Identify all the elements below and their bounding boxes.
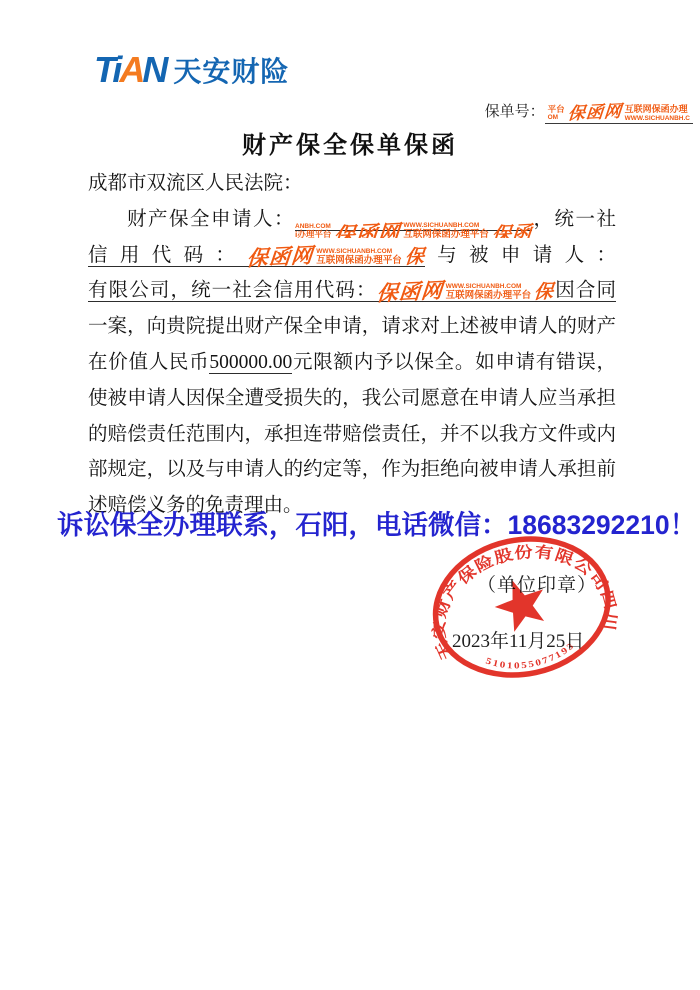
body-line: 部规定，以及与申请人的约定等，作为拒绝向被申请人承担前 bbox=[88, 452, 616, 488]
body-line: 在价值人民币500000.00元限额内予以保全。如申请有错误，致 bbox=[88, 345, 616, 381]
policy-number-watermark: 平台OM保函网互联网保函办理WWW.SICHUANBH.C bbox=[548, 96, 690, 113]
underlined-field: 保函网WWW.SICHUANBH.COM互联网保函办理平台保 bbox=[247, 245, 425, 267]
watermark-caption: 互联网保函办理 bbox=[625, 104, 690, 115]
redaction-watermark: 保函网WWW.SICHUANBH.COM互联网保函办理平台保 bbox=[247, 247, 425, 267]
policy-number-field: 平台OM保函网互联网保函办理WWW.SICHUANBH.C bbox=[545, 96, 693, 124]
watermark-brush-logo: 保函网 bbox=[333, 223, 401, 238]
document-title: 财产保全保单保函 bbox=[0, 125, 700, 160]
redaction-watermark: 平台OM保函网互联网保函办理WWW.SICHUANBH.C bbox=[548, 104, 690, 122]
underlined-field: 信用代码： bbox=[88, 245, 247, 267]
body-line: 成都市双流区人民法院： bbox=[88, 166, 616, 202]
body-text: 使被申请人因保全遭受损失的，我公司愿意在申请人应当承担 bbox=[88, 388, 616, 409]
body-text: 财产保全申请人： bbox=[127, 209, 295, 230]
tianan-logo: TiAN 天安财险 bbox=[94, 50, 289, 90]
body-text: 在价值人民币 bbox=[88, 352, 209, 373]
watermark-caption: 互联网保函办理平台 bbox=[316, 255, 402, 266]
watermark-brush-logo: 保函网 bbox=[567, 104, 623, 123]
watermark-caption: 互联网保函办理平台 bbox=[446, 290, 532, 301]
watermark-text-stack: WWW.SICHUANBH.COM互联网保函办理平台 bbox=[316, 248, 402, 266]
logo-letter-a: A bbox=[119, 49, 142, 90]
watermark-caption: WWW.SICHUANBH.COM bbox=[403, 222, 489, 229]
underlined-field: 保函网WWW.SICHUANBH.COM互联网保函办理平台保 bbox=[377, 280, 555, 302]
body-text: 500000.00 bbox=[209, 352, 292, 373]
body-line: 有限公司，统一社会信用代码：保函网WWW.SICHUANBH.COM互联网保函办… bbox=[88, 273, 616, 309]
body-line: 的赔偿责任范围内，承担连带赔偿责任，并不以我方文件或内 bbox=[88, 417, 616, 453]
body-text: 与被申请人： bbox=[425, 245, 616, 266]
logo-letter-n: N bbox=[142, 49, 165, 90]
body-text: 一案，向贵院提出财产保全申请，请求对上述被申请人的财产 bbox=[88, 316, 616, 337]
document-body: 成都市双流区人民法院：财产保全申请人：ANBH.COMi办理平台ANBH.COM… bbox=[88, 166, 616, 524]
underlined-field: 500000.00 bbox=[209, 352, 292, 374]
watermark-caption: 互联网保函办理平台 bbox=[403, 229, 489, 238]
document-page: TiAN 天安财险 保单号： 平台OM保函网互联网保函办理WWW.SICHUAN… bbox=[0, 0, 700, 990]
watermark-text-stack: 平台OM bbox=[548, 105, 565, 121]
body-text: 有限公司，统一社会信用代码： bbox=[88, 280, 377, 301]
redaction-watermark: 保函网WWW.SICHUANBH.COM互联网保函办理平台保 bbox=[377, 282, 555, 302]
body-line: 信用代码：保函网WWW.SICHUANBH.COM互联网保函办理平台保与被申请人… bbox=[88, 238, 616, 274]
logo-letters-ti: Ti bbox=[94, 49, 119, 90]
watermark-caption: 平台 bbox=[548, 105, 565, 114]
body-line: 一案，向贵院提出财产保全申请，请求对上述被申请人的财产 bbox=[88, 309, 616, 345]
tianan-logo-wordmark: TiAN bbox=[94, 52, 165, 88]
underlined-field: ANBH.COMi办理平台ANBH.COM保函网WWW.SICHUANBH.CO… bbox=[295, 209, 532, 231]
watermark-text-stack: WWW.SICHUANBH.COM互联网保函办理平台 bbox=[446, 283, 532, 301]
watermark-brush-logo: 保函网 bbox=[376, 281, 444, 304]
body-line: 使被申请人因保全遭受损失的，我公司愿意在申请人应当承担 bbox=[88, 381, 616, 417]
watermark-text-stack: 互联网保函办理WWW.SICHUANBH.C bbox=[625, 104, 690, 122]
watermark-brush-logo: 保 bbox=[404, 246, 426, 267]
underlined-field: 有限公司，统一社会信用代码： bbox=[88, 280, 377, 302]
body-line: 财产保全申请人：ANBH.COMi办理平台ANBH.COM保函网WWW.SICH… bbox=[88, 202, 616, 238]
watermark-caption: WWW.SICHUANBH.C bbox=[625, 115, 690, 122]
body-text: 成都市双流区人民法院： bbox=[88, 173, 303, 194]
watermark-caption: OM bbox=[548, 114, 565, 121]
seal-star-icon bbox=[488, 572, 553, 635]
watermark-caption: i办理平台 bbox=[295, 230, 331, 238]
body-text: 信用代码： bbox=[88, 245, 247, 266]
policy-number-label: 保单号： bbox=[485, 100, 545, 124]
watermark-text-stack: WWW.SICHUANBH.COM互联网保函办理平台WWW.SICHUANBH.… bbox=[403, 222, 489, 238]
watermark-brush-logo: 保函 bbox=[491, 223, 533, 237]
watermark-caption: WWW.SICHUANBH.COM bbox=[316, 248, 402, 255]
watermark-brush-logo: 保 bbox=[533, 282, 555, 303]
watermark-brush-logo: 保函网 bbox=[246, 245, 314, 268]
body-text: 部规定，以及与申请人的约定等，作为拒绝向被申请人承担前 bbox=[88, 459, 616, 480]
redaction-watermark: ANBH.COMi办理平台ANBH.COM保函网WWW.SICHUANBH.CO… bbox=[295, 222, 532, 238]
watermark-text-stack: ANBH.COMi办理平台ANBH.COM bbox=[295, 223, 331, 238]
policy-number-row: 保单号： 平台OM保函网互联网保函办理WWW.SICHUANBH.C bbox=[485, 96, 693, 124]
tianan-logo-chinese: 天安财险 bbox=[173, 50, 289, 90]
body-text: 的赔偿责任范围内，承担连带赔偿责任，并不以我方文件或内 bbox=[88, 424, 616, 445]
